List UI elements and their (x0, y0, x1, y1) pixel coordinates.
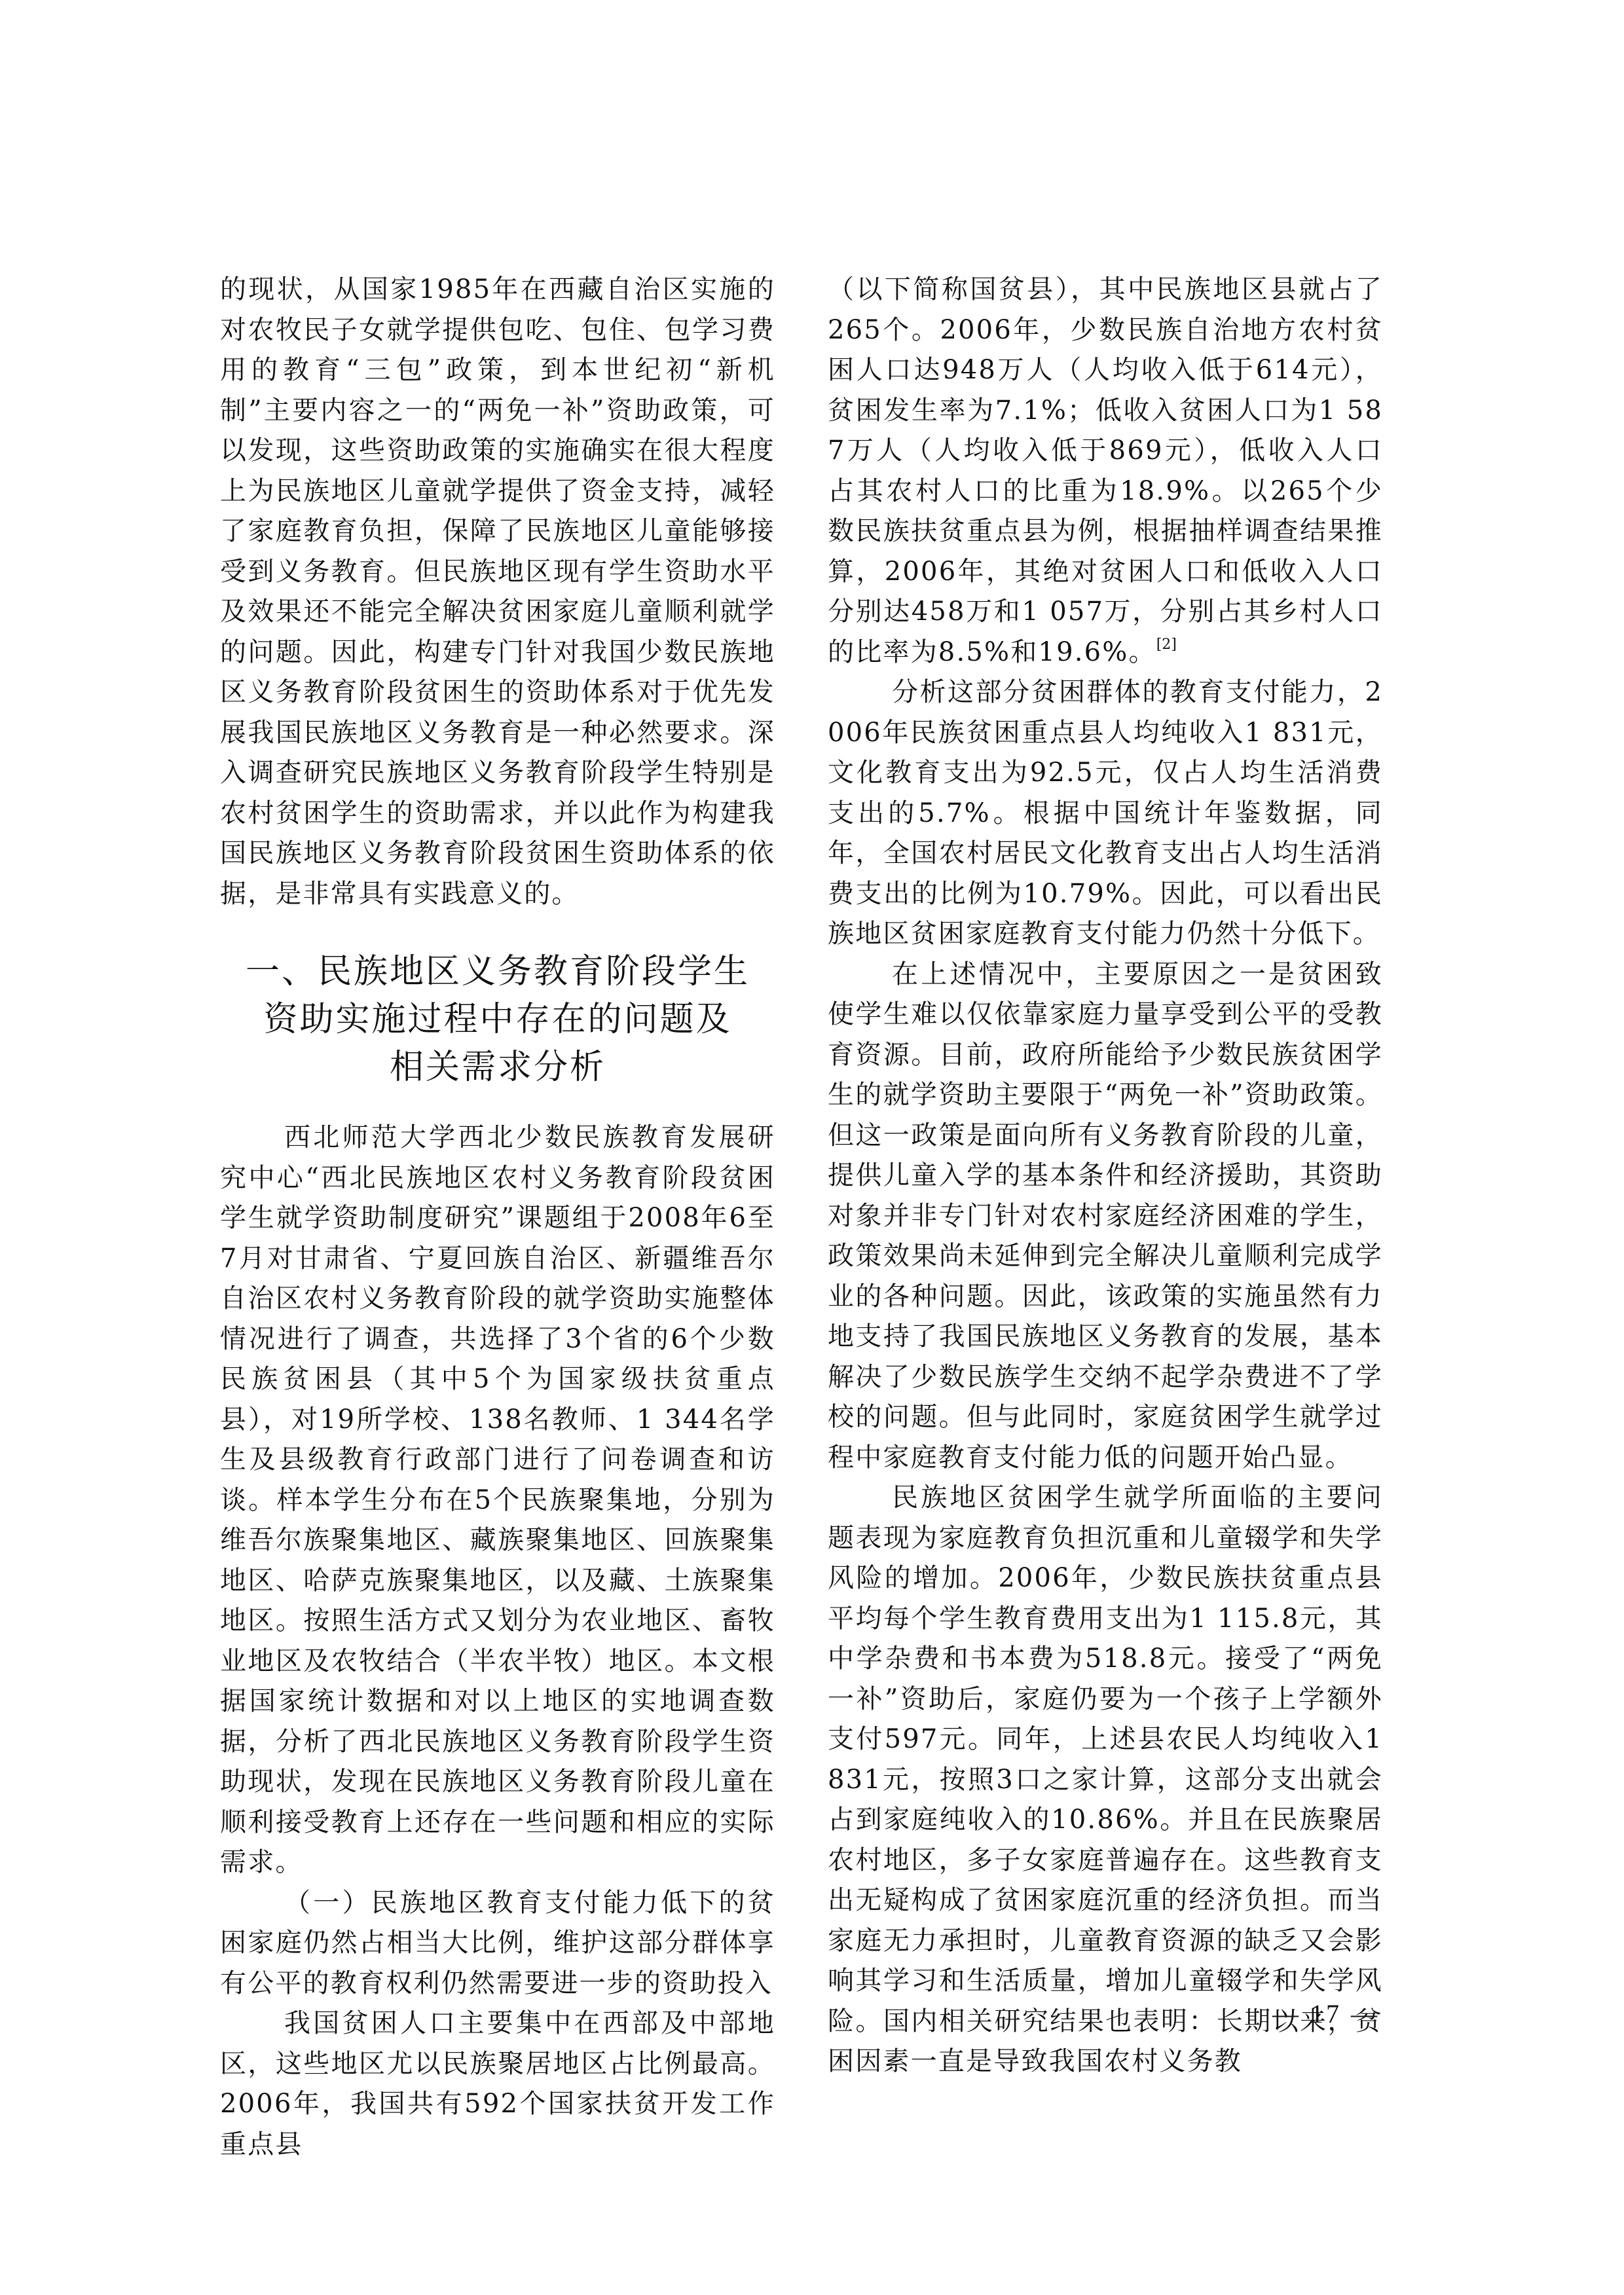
page-number: — 17 — (1270, 1996, 1382, 2032)
paragraph-poverty-statistics: （以下简称国贫县），其中民族地区县就占了265个。2006年，少数民族自治地方农… (828, 270, 1383, 672)
paragraph-continuation: 的现状，从国家1985年在西藏自治区实施的对农牧民子女就学提供包吃、包住、包学习… (220, 270, 775, 914)
paragraph-payment-ability: 分析这部分贫困群体的教育支付能力，2006年民族贫困重点县人均纯收入1 831元… (828, 672, 1383, 955)
right-column: （以下简称国贫县），其中民族地区县就占了265个。2006年，少数民族自治地方农… (828, 270, 1383, 2082)
section-heading-line-1: 一、民族地区义务教育阶段学生 (220, 948, 775, 996)
citation-marker[interactable]: [2] (1156, 636, 1177, 653)
paragraph-main-problems: 民族地区贫困学生就学所面临的主要问题表现为家庭教育负担沉重和儿童辍学和失学风险的… (828, 1478, 1383, 2082)
section-heading-line-3: 相关需求分析 (220, 1044, 775, 1092)
paragraph-poverty-population: 我国贫困人口主要集中在西部及中部地区，这些地区尤以民族聚居地区占比例最高。200… (220, 2004, 775, 2165)
section-heading-line-2: 资助实施过程中存在的问题及 (220, 996, 775, 1044)
paragraph-policy-analysis: 在上述情况中，主要原因之一是贫困致使学生难以仅依靠家庭力量享受到公平的受教育资源… (828, 955, 1383, 1478)
journal-page: 的现状，从国家1985年在西藏自治区实施的对农牧民子女就学提供包吃、包住、包学习… (0, 0, 1624, 2295)
subsection-heading: （一）民族地区教育支付能力低下的贫困家庭仍然占相当大比例，维护这部分群体享有公平… (220, 1883, 775, 2004)
paragraph-poverty-statistics-text: （以下简称国贫县），其中民族地区县就占了265个。2006年，少数民族自治地方农… (828, 274, 1383, 667)
left-column: 的现状，从国家1985年在西藏自治区实施的对农牧民子女就学提供包吃、包住、包学习… (220, 270, 775, 2165)
section-heading: 一、民族地区义务教育阶段学生 资助实施过程中存在的问题及 相关需求分析 (220, 948, 775, 1092)
paragraph-survey-description: 西北师范大学西北少数民族教育发展研究中心“西北民族地区农村义务教育阶段贫困学生就… (220, 1118, 775, 1883)
